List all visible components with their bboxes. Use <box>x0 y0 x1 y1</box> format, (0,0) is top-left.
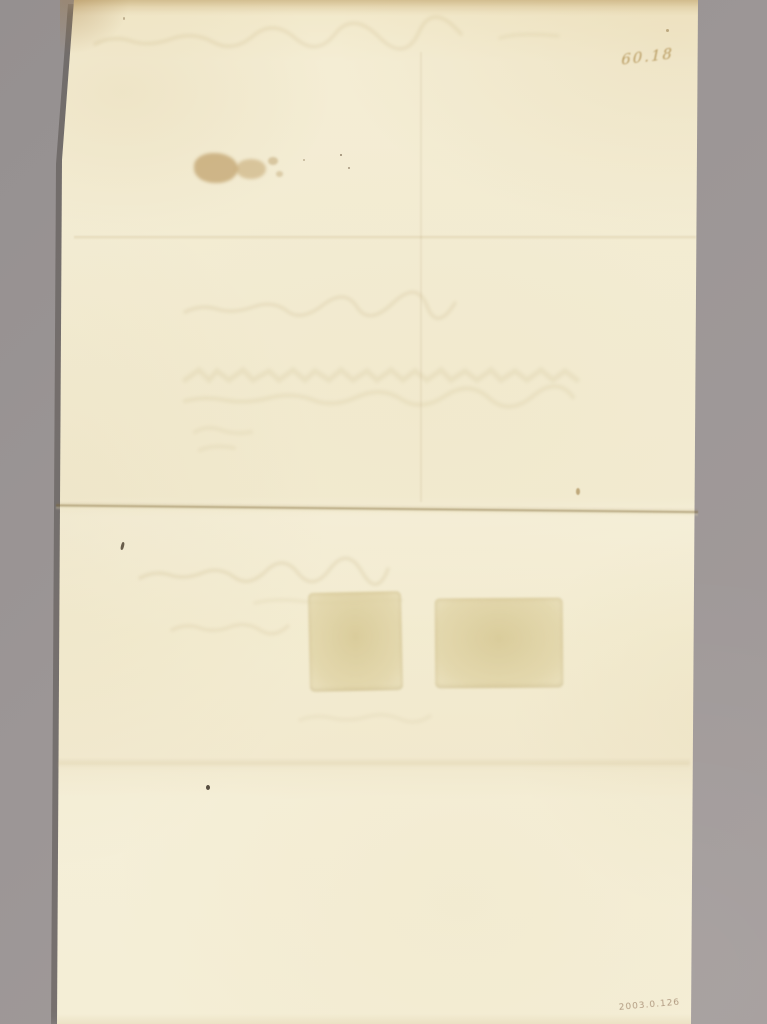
ink-speck <box>340 154 342 156</box>
brown-fleck <box>576 488 580 495</box>
ink-speck <box>206 785 210 790</box>
ink-speck <box>303 159 305 161</box>
brown-fleck <box>666 29 669 32</box>
photograph-of-document-verso: 60.18 2003.0.126 <box>0 0 767 1024</box>
ink-speck <box>348 167 350 169</box>
adhesive-patch-left <box>308 591 403 692</box>
adhesive-patch-right <box>435 598 564 689</box>
ink-speck <box>123 17 125 20</box>
